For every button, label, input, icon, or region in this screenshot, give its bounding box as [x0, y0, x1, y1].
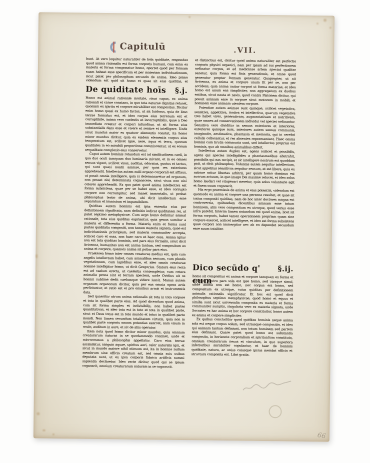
- scan-background: { "page": { "header": { "pilcrow": "¶", …: [0, 0, 370, 463]
- left-body-text: Homo est animal rationale mortale, risus…: [82, 96, 187, 378]
- right-top-text: et distinctius est, dicitur quod anima n…: [193, 58, 296, 262]
- right-bottom-text: homo sit compositus ex anima et corpore …: [191, 274, 293, 374]
- body-paragraph: Intellectus autem duplex est, agens scil…: [193, 149, 294, 189]
- section-heading-right: Dico secūdo q' cum §.ij.: [192, 261, 293, 275]
- text-column-right: et distinctius est, dicitur quod anima n…: [191, 58, 296, 374]
- section-heading-right-mark: §.ij.: [278, 262, 294, 275]
- chapter-word: Capitulū: [120, 42, 166, 53]
- pencil-inscription: [242, 378, 293, 394]
- section-heading-left-mark: §.j.: [175, 84, 188, 97]
- section-heading-left-title: De quiditate hoīs: [86, 83, 167, 97]
- right-top-paragraphs: et distinctius est, dicitur quod anima n…: [193, 58, 296, 232]
- pilcrow-icon: [109, 41, 117, 53]
- section-heading-left: De quiditate hoīs §.j.: [86, 83, 188, 97]
- stamp-mark: [269, 405, 282, 418]
- foxing-spot: [38, 162, 40, 165]
- foxing-spot: [36, 254, 38, 258]
- body-paragraph: Caput autem hominis rotundum est ad simi…: [84, 152, 187, 205]
- text-column-left: bunt. At vero loquitur naturaliter de ho…: [82, 57, 188, 378]
- foxing-spot: [189, 16, 191, 18]
- foxing-spot: [316, 23, 318, 25]
- foxing-spot: [37, 412, 40, 415]
- body-paragraph: Homo est animal rationale mortale, risus…: [85, 96, 188, 153]
- left-intro-text: bunt. At vero loquitur naturaliter de ho…: [86, 57, 188, 84]
- body-paragraph: His ergo praemissis de anima et eius pot…: [193, 188, 295, 232]
- right-bottom-paragraphs: homo sit compositus ex anima et corpore …: [191, 274, 293, 357]
- body-paragraph: et distinctius est, dicitur quod anima n…: [194, 58, 296, 107]
- body-paragraph: Potentiae autem animae sunt quinque, sci…: [194, 106, 296, 150]
- foxing-spot: [324, 19, 327, 22]
- body-paragraph: Item nota quod homo dicitur minor mundus…: [82, 329, 184, 369]
- body-paragraph: Quiditas autem hominis est ipsa essentia…: [84, 204, 187, 253]
- running-header-left: Capitulū: [86, 41, 188, 54]
- foxing-spot: [42, 429, 45, 431]
- left-intro-paragraph: bunt. At vero loquitur naturaliter de ho…: [86, 57, 188, 84]
- body-paragraph: Sed quaeritur utrum anima rationalis sit…: [83, 295, 185, 331]
- left-body-paragraphs: Homo est animal rationale mortale, risus…: [82, 96, 187, 369]
- body-paragraph: Praeterea homo inter omnes creaturas med…: [83, 251, 186, 295]
- foxing-spot: [329, 27, 331, 29]
- folio-number: 66: [317, 431, 327, 440]
- body-paragraph: Ex quibus concluditur quod quiditas homi…: [191, 317, 292, 357]
- book-page: Capitulū .VII. bunt. At vero loquitur na…: [33, 12, 334, 442]
- running-header-right: .VII.: [195, 45, 295, 55]
- foxing-spot: [52, 433, 54, 435]
- body-paragraph: homo sit compositus ex anima et corpore …: [192, 274, 294, 318]
